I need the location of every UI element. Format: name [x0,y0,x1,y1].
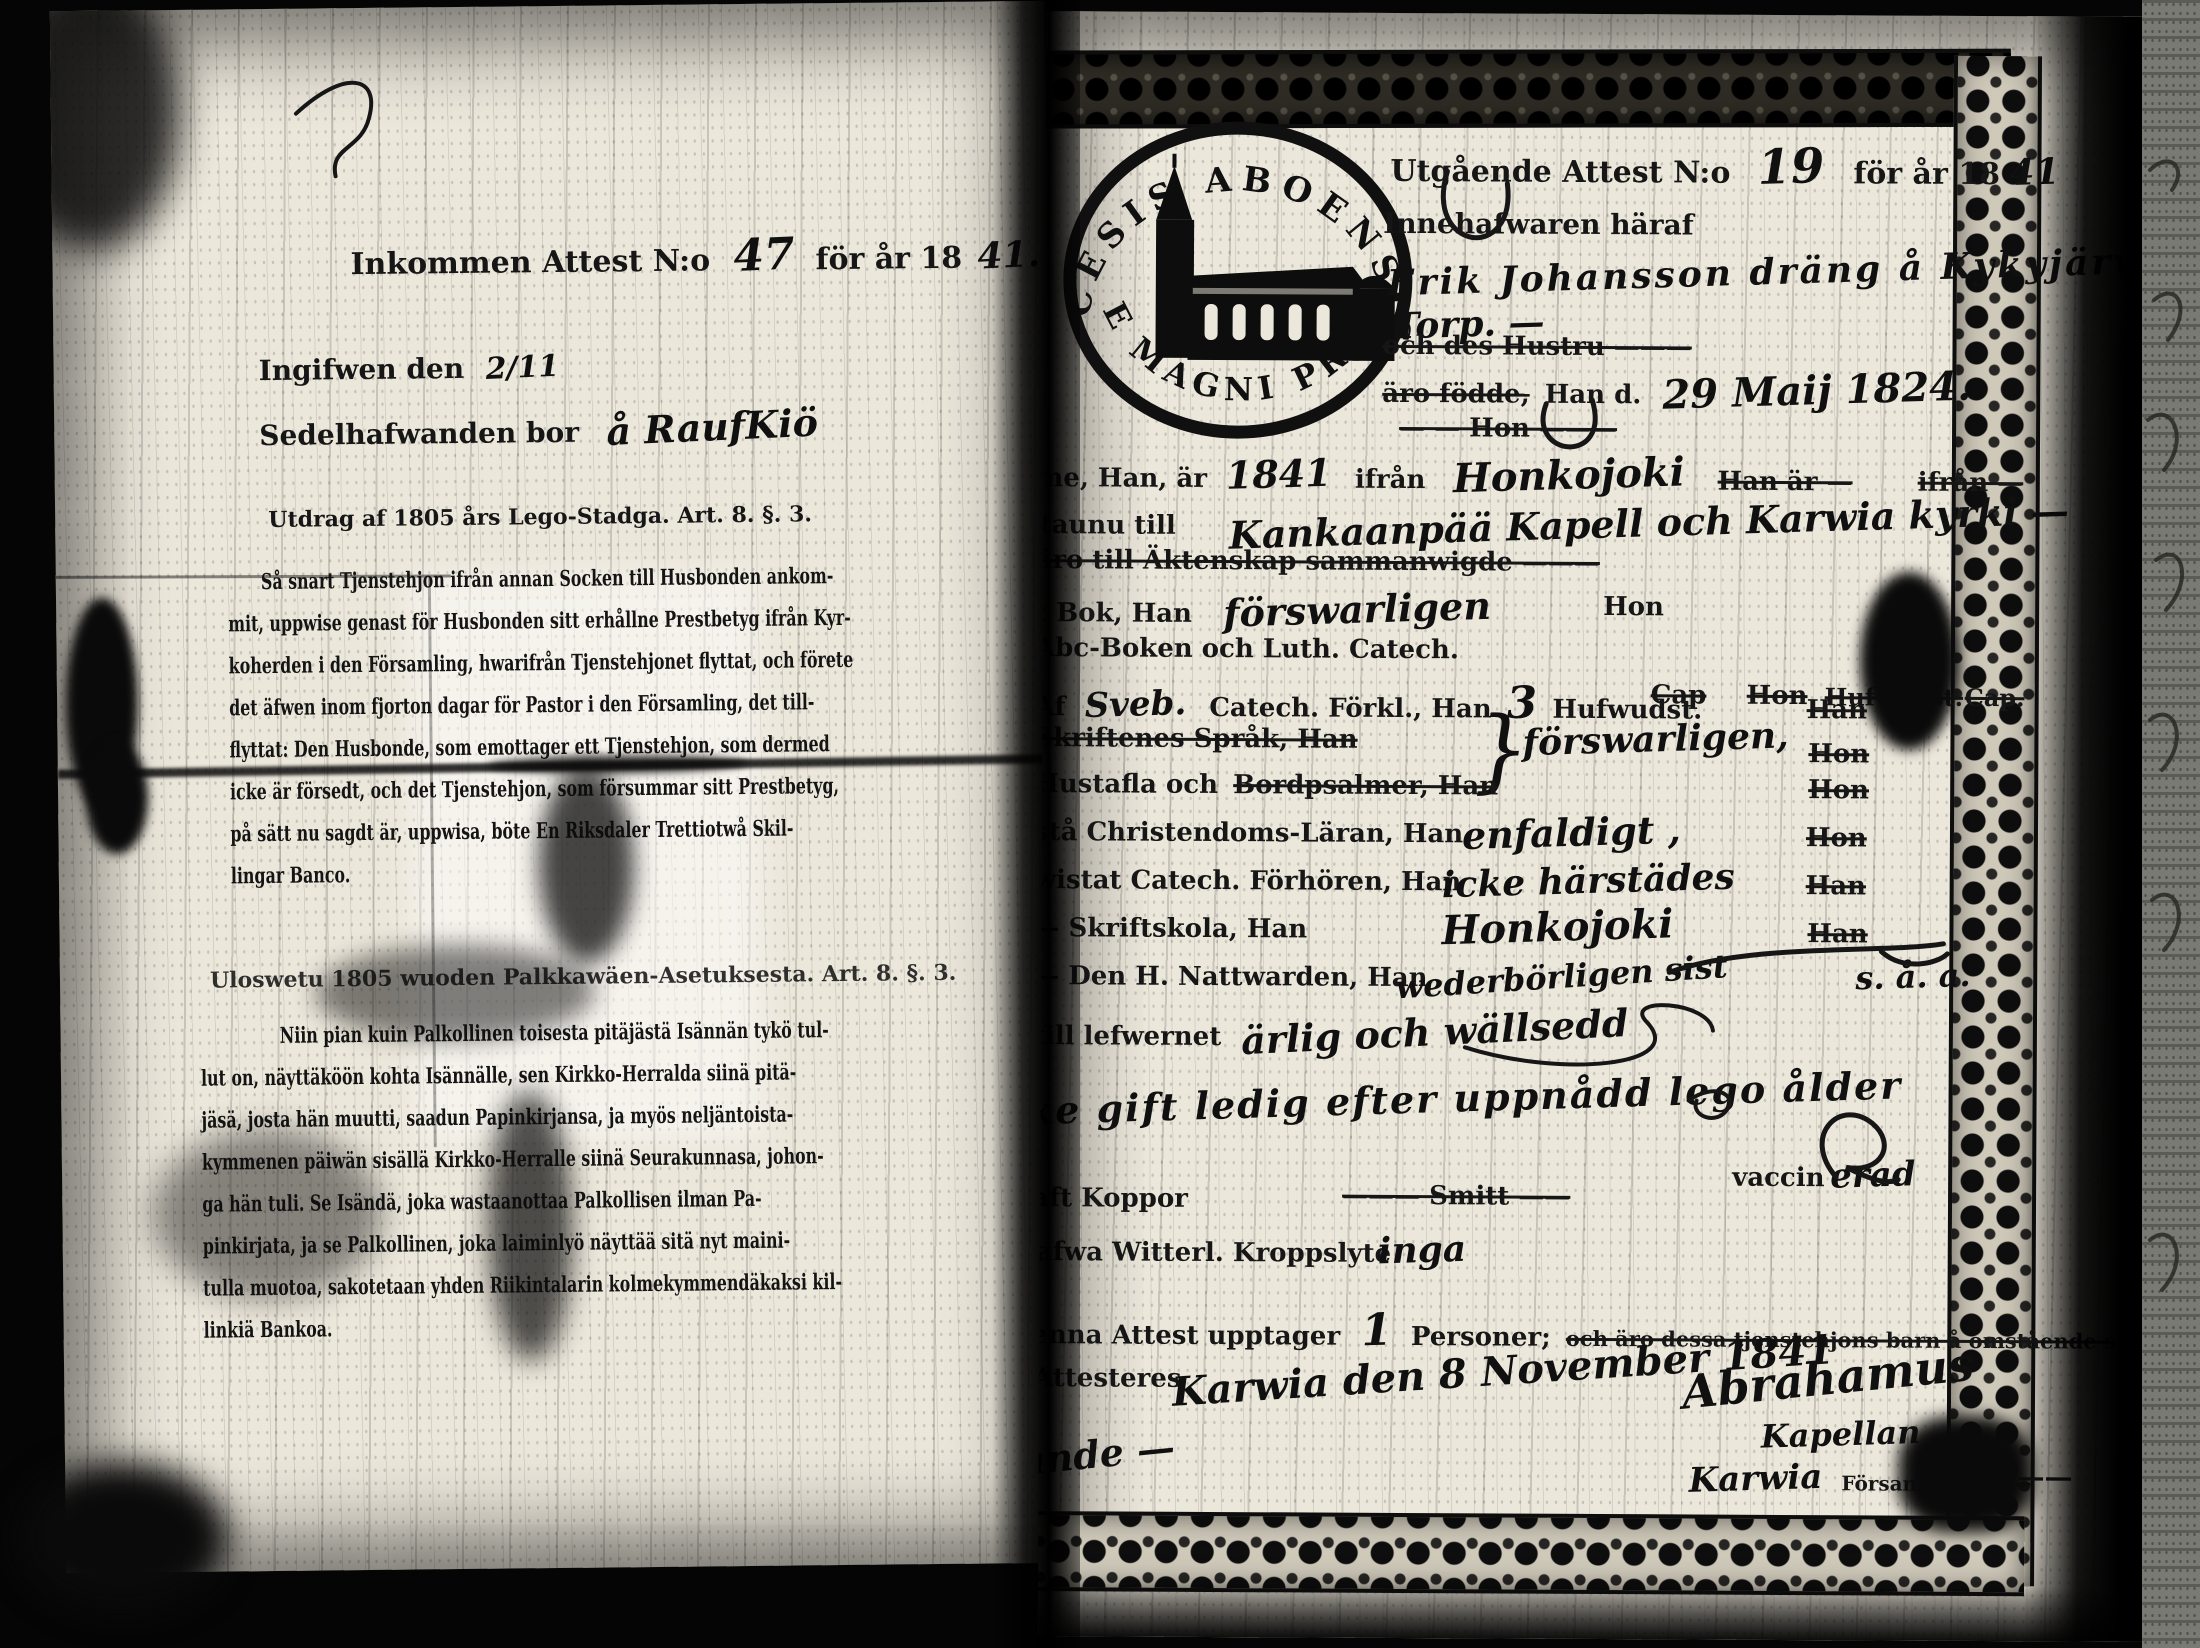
birthdate-handwritten: 29 Maij 1824. [1662,363,1972,419]
sedelhafwanden-line: Sedelhafwanden bor å RaufKiö [259,403,818,454]
han-d-label: Han d. [1545,380,1642,411]
diocese-seal: CESIS ABOENSIS E MAGNI PRINC: F [1052,107,1424,459]
bodily-defect-line: afwa Witterl. Kroppslyte inga [1038,1237,1391,1269]
residence-handwritten: å RaufKiö [605,400,819,455]
ingifwen-date-handwritten: 2/11 [484,349,559,387]
corner-shadow [50,1,183,252]
right-page: CESIS ABOENSIS E MAGNI PRINC: F Utgående [1038,11,2151,1642]
marriage-struck-line: äro till Äktenskap sammanwigde ——— [1038,545,1600,578]
communion-year-handwritten: s. å. a. [1855,956,1971,997]
for-ar-label: för år 18 [815,241,962,278]
catech-edition-handwritten: Sveb. [1084,683,1187,726]
faint-handwriting-marks [2142,0,2200,1648]
to-line: taunu till Kankaanpää Kapell och Karwia … [1039,497,2069,547]
confirmation-parish-handwritten: Honkojoki [1441,900,1674,954]
scripture-grade-handwritten: förswarligen, [1522,714,1789,764]
abc-line: Abc-Boken och Luth. Catech. [1038,633,1459,665]
hustru-line: och des Hustru ——— [1382,331,1691,363]
persons-number-handwritten: 1 [1360,1304,1392,1356]
reads-book-line: t Bok, Han förswarligen Hon [1038,585,1491,632]
paragraph-line: det äfwen inom fjorton dagar för Pastor … [229,681,854,730]
defect-answer-handwritten: inga [1377,1228,1467,1273]
nattvard-line: — Den H. Nattwarden, Han wederbörligen s… [1038,961,1428,993]
innehafwaren-line: Innehafwaren häraf [1383,207,1694,242]
hon-struck-line: — — Hon ——— [1399,413,1617,444]
page-curl-shadow [2023,16,2152,1642]
ingifwen-label: Ingifwen den [258,352,464,387]
forhoren-line: wistat Catech. Förhören, Han icke härstä… [1038,865,1462,897]
attest-number-handwritten: 47 [732,228,795,282]
scanned-book-spread: Inkommen Attest N:o 47 för år 18 41. Ing… [0,0,2200,1648]
pen-squiggle [250,57,412,219]
reads-grade-handwritten: förswarligen [1222,583,1491,636]
finger-left [86,742,148,854]
paragraph-line: mit, uppwise genast för Husbonden sitt e… [228,597,853,646]
left-page: Inkommen Attest N:o 47 för år 18 41. Ing… [50,1,1061,1573]
page-corner-shadow [18,1462,228,1612]
inkommen-attest-label: Inkommen Attest N:o [350,243,710,282]
paragraph-line: koherden i den Församling, hwarifrån Tje… [228,639,853,688]
utgaende-attest-label: Utgående Attest N:o [1390,154,1730,191]
from-year-handwritten: 1841 [1225,450,1332,498]
finger-right [1860,572,1958,750]
marital-status-line: ke gift ledig efter uppnådd lego ålder [1038,1073,1903,1123]
scripture-line: Skriftenes Språk, Han } förswarligen, Ha… [1038,723,1358,755]
right-header-line: Utgående Attest N:o 19 för år 18 41 [1390,137,2059,197]
marital-status-handwritten: ke gift ledig efter uppnådd lego ålder [1038,1062,1903,1133]
swedish-paragraph: Så snart Tjenstehjon ifrån annan Socken … [228,552,1062,897]
bottom-edge-shadow [1038,1581,2143,1642]
attest-number-handwritten: 19 [1757,138,1825,196]
struck-hustru-label: och des Hustru ——— [1382,331,1691,363]
attendance-handwritten: icke härstädes [1441,856,1735,907]
sedelhafwanden-label: Sedelhafwanden bor [259,416,579,452]
from-parish-handwritten: Honkojoki [1452,448,1685,502]
vaccinated-handwritten: erad [1829,1154,1916,1197]
swedish-section-heading: Utdrag af 1805 års Lego-Stadga. Art. 8. … [235,501,845,533]
page-corner-shadow [1898,1416,2033,1531]
parish-name-handwritten: Karwia [1688,1457,1823,1501]
paragraph-line: Så snart Tjenstehjon ifrån annan Socken … [228,555,853,604]
ingifwen-line: Ingifwen den 2/11 [258,350,559,388]
struck-aro-fodde: äro födde, [1382,379,1530,410]
next-page-edge [2142,0,2200,1648]
vaccination-line: vaccin erad [1732,1155,1915,1196]
communion-handwritten: wederbörligen sist [1394,947,1728,1006]
kapellan-line: Kapellan [1761,1415,1921,1454]
understanding-grade-handwritten: enfaldigt , [1461,807,1681,858]
conduct-grade-handwritten: ärlig och wällsedd [1240,1000,1629,1063]
book-gutter-shadow [992,0,1080,1648]
left-header-line: Inkommen Attest N:o 47 för år 18 41. [350,227,1040,285]
christendom-line: stå Christendoms-Läran, Han enfaldigt , … [1038,817,1464,849]
born-line: äro födde, Han d. 29 Maij 1824. [1382,365,1971,415]
hustafla-line: Hustafla och Bordpsalmer, Han Hon [1038,769,1498,801]
title-handwritten: Kapellan [1760,1413,1921,1456]
for-ar-label: för år 18 [1853,156,2000,192]
